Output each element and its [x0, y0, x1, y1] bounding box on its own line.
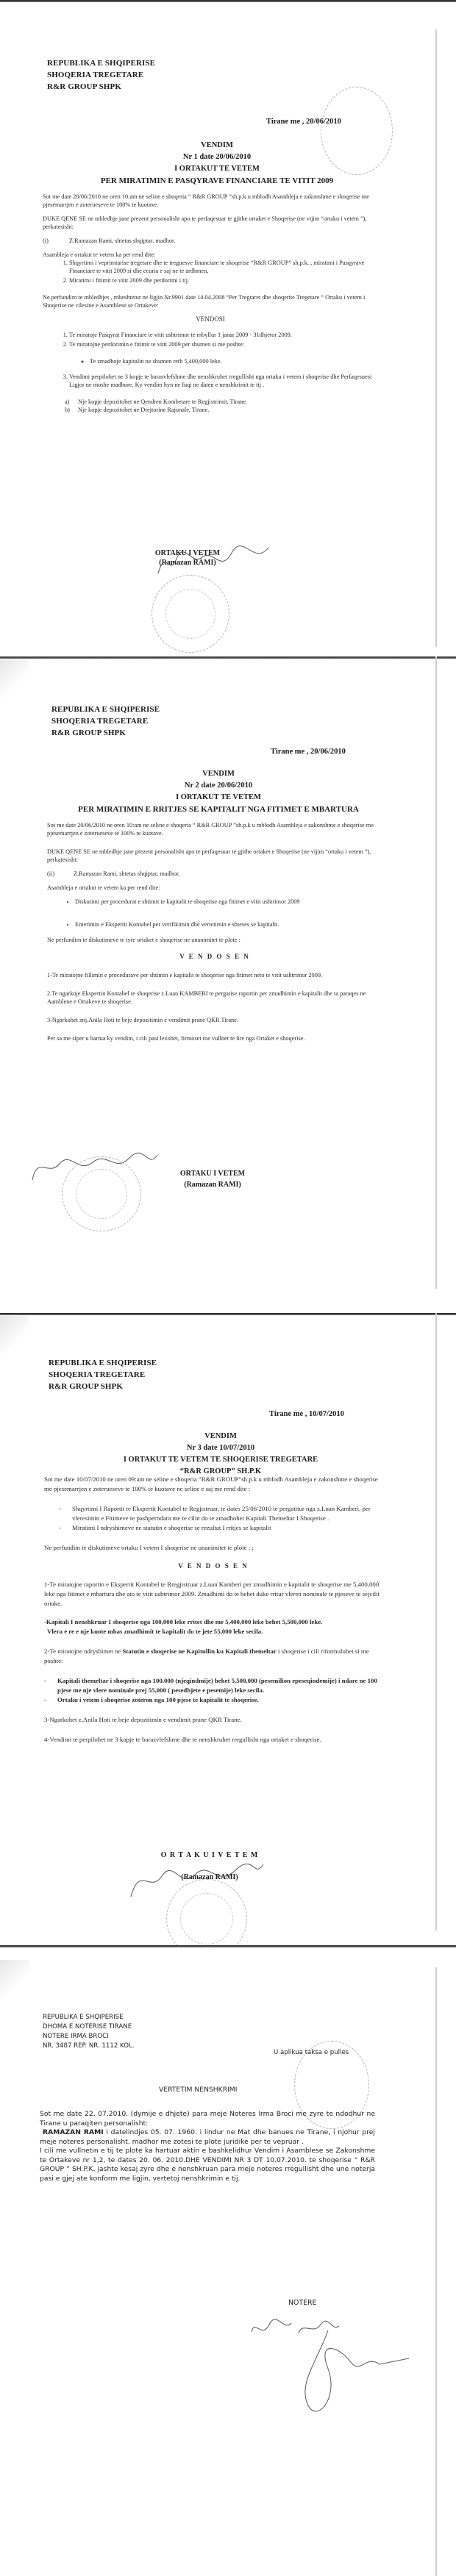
- member-line: (i)Z.Ramazan Rami, shtetas shqiptar, mad…: [43, 237, 378, 245]
- page-edge: [0, 1945, 456, 1947]
- place-date: Tirane me , 20/06/2010: [271, 746, 346, 758]
- agenda-list: -Shqyrtimi I Raportit te Ekspertit Konta…: [44, 1504, 382, 1533]
- title-line: I ORTAKUT TE VETEM: [46, 792, 391, 804]
- header-line: REPUBLIKA E SHQIPERISE: [51, 704, 160, 715]
- agenda-item: -Shqyrtimi I Raportit te Ekspertit Konta…: [59, 1504, 382, 1523]
- header-line: NOTERE IRMA BROCI: [43, 2032, 134, 2042]
- certification-title: VERTETIM NENSHKRIMI: [159, 2085, 237, 2094]
- copies-list: a)Nje kopje depozitohet ne Qendren Kombe…: [43, 398, 378, 414]
- header-line: REPUBLIKA E SHQIPERISE: [43, 2013, 134, 2022]
- dash-bullet: -: [59, 1523, 72, 1533]
- agenda-intro: Asambleja e ortakut te vetem ka per rend…: [43, 251, 378, 259]
- page-fold: [0, 659, 29, 704]
- statute-text: Ortaku i vetem i shoqerise zoteron nga 1…: [57, 1695, 382, 1705]
- header-line: NR. 3487 REP. NR. 1112 KOL.: [43, 2042, 134, 2051]
- decision-sublist: Te zmadhoje kapitalin ne shumen reth 5,4…: [69, 357, 378, 365]
- decision-body: Sot me date 20/06/2010 ne oren 10:am ne …: [43, 193, 378, 414]
- decision-item: Te miratojne perdorimin e fitimit te vit…: [69, 340, 378, 365]
- company-stamp: [62, 1156, 141, 1231]
- conclusion-paragraph: Ne perfundim te diskutimeve ortaku I vet…: [44, 1543, 382, 1553]
- capital-line: -Kapitali I nenshkruar I shoqerise nga 1…: [44, 1617, 382, 1627]
- notary-signature-icon: [247, 2317, 409, 2413]
- page-border: [435, 1313, 437, 1931]
- title-line: Nr 2 date 20/06/2010: [46, 780, 391, 792]
- title-line: I ORTAKUT TE VETEM: [44, 163, 390, 175]
- place-date: Tirane me , 10/07/2010: [269, 1409, 344, 1420]
- decision-title: VENDIM Nr 2 date 20/06/2010 I ORTAKUT TE…: [46, 768, 391, 815]
- page-edge: [0, 656, 456, 659]
- decision-item: 4-Vendimi te perpilohet ne 3 kopje te ba…: [44, 1735, 382, 1745]
- agenda-item: -Miratimi I ndryshimeve ne statutin e sh…: [59, 1523, 382, 1533]
- decisions-list: Te miratoje Pasqyrat Financiare te vitit…: [43, 331, 378, 389]
- company-header: REPUBLIKA E SHQIPERISE SHOQERIA TREGETAR…: [51, 704, 160, 739]
- page-edge: [0, 0, 456, 2]
- decision-item: Per sa me siper u hartua ky vendim, i ci…: [47, 1034, 382, 1042]
- copy-label: a): [65, 398, 78, 406]
- title-line: PER MIRATIMIN E PASQYRAVE FINANCIARE TE …: [44, 175, 390, 187]
- copy-text: Nje kopje depozitohet ne Drejtorine Rajo…: [78, 407, 209, 413]
- copy-item: a)Nje kopje depozitohet ne Qendren Kombe…: [65, 398, 378, 406]
- agenda-list: Diskutimi per procedurat e shtimit te ka…: [47, 898, 382, 929]
- decision-bullet: Te zmadhoje kapitalin ne shumen reth 5,4…: [90, 357, 378, 365]
- agenda-item: Shqyrtimi i veprimtarise tregetare dhe t…: [69, 259, 378, 275]
- title-line: PER MIRATIMIN E RRITJES SE KAPITALIT NGA…: [46, 804, 391, 815]
- company-header: REPUBLIKA E SHQIPERISE SHOQERIA TREGETAR…: [49, 1357, 157, 1392]
- decision-text: 2-Te miratojne ndryshimet ne: [44, 1647, 122, 1655]
- copy-item: b)Nje kopje depozitohet ne Drejtorine Ra…: [65, 406, 378, 414]
- company-header: REPUBLIKA E SHQIPERISE SHOQERIA TREGETAR…: [47, 57, 155, 93]
- agenda-text: Shqyrtimi I Raportit te Ekspertit Kontab…: [72, 1504, 382, 1523]
- header-line: REPUBLIKA E SHQIPERISE: [47, 57, 155, 69]
- decision-body: Sot me date 20/06/2010 ne oren 10:am ne …: [47, 821, 382, 1048]
- header-line: SHOQERIA TREGETARE: [49, 1369, 157, 1381]
- page-border: [435, 656, 437, 1289]
- member-line: (ii)Z.Ramazan Rami, shtetas shqiptar, ma…: [47, 870, 382, 878]
- whereas-paragraph: DUKE QENE SE ne mbledhje jane prezent pe…: [47, 848, 382, 864]
- person-name: RAMAZAN RAMI: [40, 2128, 104, 2136]
- header-line: REPUBLIKA E SHQIPERISE: [49, 1357, 157, 1369]
- page-border: [435, 29, 437, 647]
- dash-bullet: -: [44, 1676, 57, 1695]
- agenda-list: Shqyrtimi i veprimtarise tregetare dhe t…: [43, 259, 378, 285]
- intro-paragraph: Sot me date 20/06/2010 ne oren 10:am ne …: [47, 821, 382, 837]
- signature-block: ORTAKU I VETEM (Ramazan RAMI): [157, 1168, 268, 1190]
- intro-paragraph: Sot me date 10/07/2010 ne oren 09:am ne …: [44, 1475, 382, 1494]
- notary-header: REPUBLIKA E SHQIPERISE DHOMA E NOTERISE …: [43, 2013, 134, 2051]
- decides-heading: V E N D O S E N: [47, 953, 382, 961]
- title-line: I ORTAKUT TE VETEM TE SHOQERISE TREGETAR…: [74, 1454, 368, 1466]
- header-line: SHOQERIA TREGETARE: [47, 69, 155, 81]
- page-vendim-1: REPUBLIKA E SHQIPERISE SHOQERIA TREGETAR…: [0, 0, 456, 647]
- decision-item: Vendimi perpilohet ne 3 kopje te barasvl…: [69, 373, 378, 389]
- conclusion-paragraph: Ne perfundim te mbledhjes , mbeshtetur n…: [43, 293, 378, 310]
- agenda-item: Emerimin e Ekspertit Kontabel per verifi…: [75, 920, 382, 929]
- company-stamp: [152, 575, 229, 653]
- decision-text: Te miratojne perdorimin e fitimit te vit…: [69, 341, 244, 348]
- certification-paragraph: Sot me date 22. 07.2010. (dymije e dhjet…: [40, 2110, 375, 2128]
- notary-signatory-title: NOTERE: [288, 2298, 316, 2308]
- agenda-intro: Asambleja e ortakut te vetem ka per rend…: [47, 884, 382, 892]
- page-border: [435, 1967, 437, 2576]
- signature-icon: [151, 544, 276, 581]
- member-label: (ii): [47, 870, 74, 878]
- header-line: R&R GROUP SHPK: [51, 727, 160, 739]
- header-line: R&R GROUP SHPK: [49, 1381, 157, 1392]
- certification-body: Sot me date 22. 07.2010. (dymije e dhjet…: [40, 2110, 375, 2183]
- decision-item: 1-Te miratojne raportin e Ekspertit Kont…: [44, 1580, 382, 1609]
- stamp-tax-note: U aplikua taksa e pulles: [274, 2048, 349, 2058]
- conclusion-paragraph: Ne perfundim te diskutimeve te tyre orta…: [47, 936, 382, 944]
- statute-list: -Kapitali themeltar i shoqerise nga 100,…: [44, 1676, 382, 1705]
- member-label: (i): [43, 237, 69, 245]
- copy-text: Nje kopje depozitohet ne Qendren Kombeta…: [78, 398, 247, 405]
- decision-title: VENDIM Nr 3 date 10/07/2010 I ORTAKUT TE…: [74, 1431, 368, 1478]
- decides-heading: VENDOSI: [43, 315, 378, 323]
- member-name: Z.Ramazan Rami, shtetas shqiptar, madhor…: [74, 870, 179, 877]
- decision-item: Te miratoje Pasqyrat Financiare te vitit…: [69, 331, 378, 339]
- dash-bullet: -: [59, 1504, 72, 1523]
- title-line: VENDIM: [44, 140, 390, 151]
- agenda-item: Miratimi i fitimit te vitit 2009 dhe per…: [69, 276, 378, 285]
- title-line: VENDIM: [74, 1431, 368, 1442]
- whereas-paragraph: DUKE QENE SE ne mbledhje jane prezent pe…: [43, 215, 378, 231]
- decision-item: 2.Te ngarkoje Ekspertin Kontabel te shoq…: [47, 990, 382, 1006]
- agenda-item: Diskutimi per procedurat e shtimit te ka…: [75, 898, 382, 906]
- page-vendim-3: REPUBLIKA E SHQIPERISE SHOQERIA TREGETAR…: [0, 1313, 456, 1931]
- decision-item: 3-Ngarkohet znj.Anila Hoti te beje depoz…: [47, 1016, 382, 1024]
- header-line: R&R GROUP SHPK: [47, 81, 155, 93]
- title-line: Nr 3 date 10/07/2010: [74, 1442, 368, 1454]
- statute-item: -Ortaku i vetem i shoqerise zoteron nga …: [44, 1695, 382, 1705]
- place-date: Tirane me , 20/06/2010: [266, 116, 341, 128]
- page-fold: [0, 1316, 29, 1360]
- decision-item: 1-Te miratojne fillimin e procedurave pe…: [47, 971, 382, 979]
- statute-text: Kapitali themeltar i shoqerise nga 100,0…: [57, 1676, 382, 1695]
- header-line: SHOQERIA TREGETARE: [51, 715, 160, 727]
- page-vendim-2: REPUBLIKA E SHQIPERISE SHOQERIA TREGETAR…: [0, 656, 456, 1289]
- signatory-name: (Ramazan RAMI): [157, 1179, 268, 1190]
- capital-line: Vlera e re e nje kuote mbas zmadhimit te…: [44, 1627, 382, 1636]
- page-notary-certification: REPUBLIKA E SHQIPERISE DHOMA E NOTERISE …: [0, 1945, 456, 2576]
- decision-body: Sot me date 10/07/2010 ne oren 09:am ne …: [44, 1475, 382, 1750]
- header-line: DHOMA E NOTERISE TIRANE: [43, 2022, 134, 2032]
- statute-item: -Kapitali themeltar i shoqerise nga 100,…: [44, 1676, 382, 1695]
- agenda-text: Miratimi I ndryshimeve ne statutin e sho…: [72, 1523, 382, 1533]
- certification-paragraph: I cili me vullnetin e tij te plote ka ha…: [40, 2147, 375, 2183]
- intro-paragraph: Sot me date 20/06/2010 ne oren 10:am ne …: [43, 193, 378, 209]
- page-fold: [0, 1960, 29, 2004]
- certification-paragraph: RAMAZAN RAMI i datelindjes 05. 07. 1960.…: [40, 2128, 375, 2147]
- title-line: VENDIM: [46, 768, 391, 780]
- member-name: Z.Ramazan Rami, shtetas shqiptar, madhor…: [69, 237, 175, 244]
- page-edge: [0, 1313, 456, 1315]
- decision-title: VENDIM Nr 1 date 20/06/2010 I ORTAKUT TE…: [44, 140, 390, 187]
- decides-heading: V E N D O S E N: [44, 1561, 382, 1571]
- signatory-title: ORTAKU I VETEM: [157, 1168, 268, 1179]
- decision-item: 2-Te miratojne ndryshimet ne Statutin e …: [44, 1647, 382, 1666]
- decision-text-bold: Statutin e shoqerise ne Kapitullin ku Ka…: [122, 1647, 276, 1655]
- title-line: Nr 1 date 20/06/2010: [44, 151, 390, 163]
- decision-item: 3-Ngarkohet z.Anila Hoti te beje depozit…: [44, 1715, 382, 1725]
- copy-label: b): [65, 406, 78, 414]
- dash-bullet: -: [44, 1695, 57, 1705]
